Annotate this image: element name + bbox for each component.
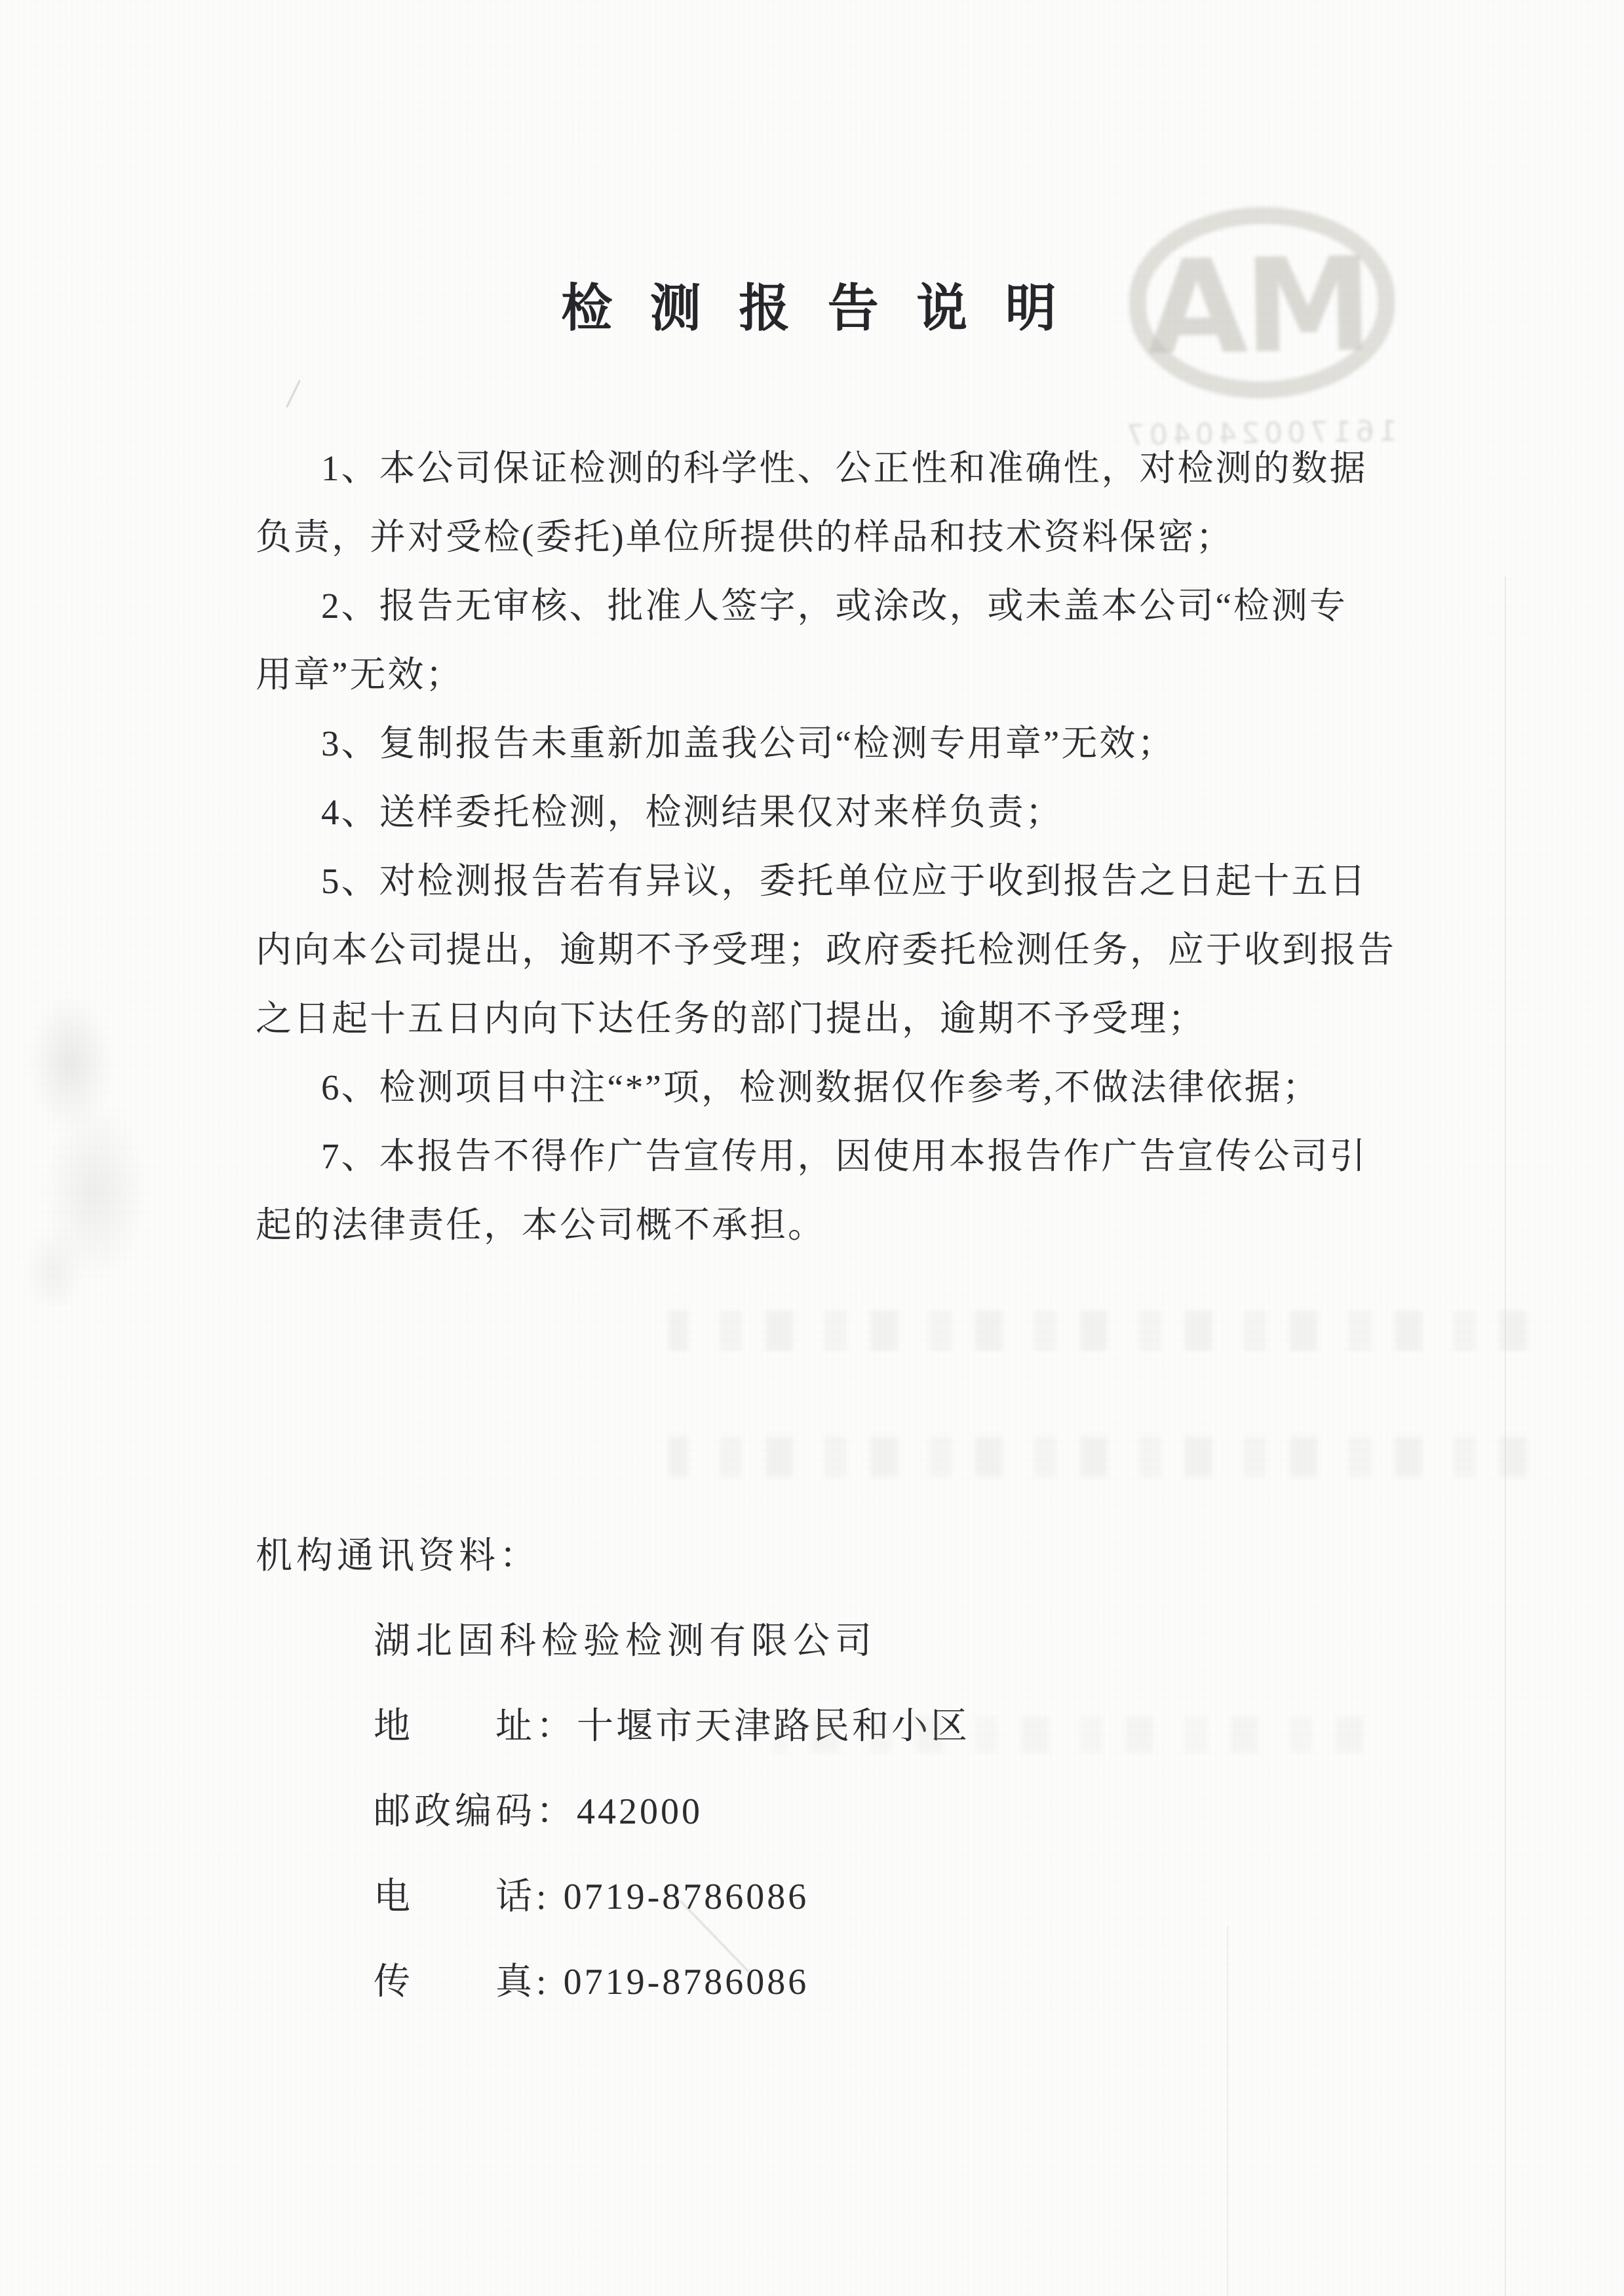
bleed-through-smudge [5,983,169,1304]
contact-row-value: 0719-8786086 [564,1877,809,1917]
note-line: 7、本报告不得作广告宣传用，因使用本报告作广告宣传公司引 [256,1122,1383,1191]
scanner-streak [1227,1926,1228,2296]
note-line: 用章”无效； [256,640,1383,709]
contact-row-label: 传 真: [374,1962,564,2002]
contact-row-value: 0719-8786086 [564,1962,809,2002]
contact-row-label: 邮政编码： [374,1791,577,1832]
scanner-streak [1505,577,1506,2296]
note-line: 2、报告无审核、批准人签字，或涂改，或未盖本公司“检测专 [256,571,1383,640]
scan-scratch-mark [286,380,301,408]
note-line: 负责，并对受检(委托)单位所提供的样品和技术资料保密； [256,503,1383,571]
note-line: 1、本公司保证检测的科学性、公正性和准确性，对检测的数据 [256,434,1383,503]
note-line: 起的法律责任，本公司概不承担。 [256,1191,1383,1259]
bleed-through-text-row [668,1436,1527,1477]
page-title: 检 测 报 告 说 明 [0,267,1624,341]
contact-row: 传 真: 0719-8786086 [256,1940,1435,2025]
contact-row-label: 地 址： [374,1706,577,1747]
notes-list: 1、本公司保证检测的科学性、公正性和准确性，对检测的数据负责，并对受检(委托)单… [256,434,1383,1259]
contact-section: 机构通讯资料： 湖北固科检验检测有限公司 地 址：十堰市天津路民和小区邮政编码：… [256,1514,1435,2025]
contact-row: 邮政编码：442000 [256,1769,1435,1854]
note-line: 3、复制报告未重新加盖我公司“检测专用章”无效； [256,709,1383,778]
note-line: 之日起十五日内向下达任务的部门提出，逾期不予受理； [256,984,1383,1053]
contact-company-name: 湖北固科检验检测有限公司 [256,1599,1435,1684]
bleed-through-text-row [773,1717,1363,1753]
note-line: 5、对检测报告若有异议，委托单位应于收到报告之日起十五日 [256,847,1383,915]
note-line: 6、检测项目中注“*”项，检测数据仅作参考,不做法律依据； [256,1053,1383,1122]
contact-row: 电 话: 0719-8786086 [256,1854,1435,1940]
contact-row-value: 442000 [577,1791,703,1832]
contact-row-label: 电 话: [374,1877,564,1917]
scanned-report-page: MA 161700240407 检 测 报 告 说 明 1、本公司保证检测的科学… [0,0,1624,2296]
note-line: 内向本公司提出，逾期不予受理；政府委托检测任务，应于收到报告 [256,915,1383,984]
bleed-through-text-row [668,1311,1527,1351]
note-line: 4、送样委托检测，检测结果仅对来样负责； [256,778,1383,847]
contact-heading: 机构通讯资料： [256,1514,1435,1599]
